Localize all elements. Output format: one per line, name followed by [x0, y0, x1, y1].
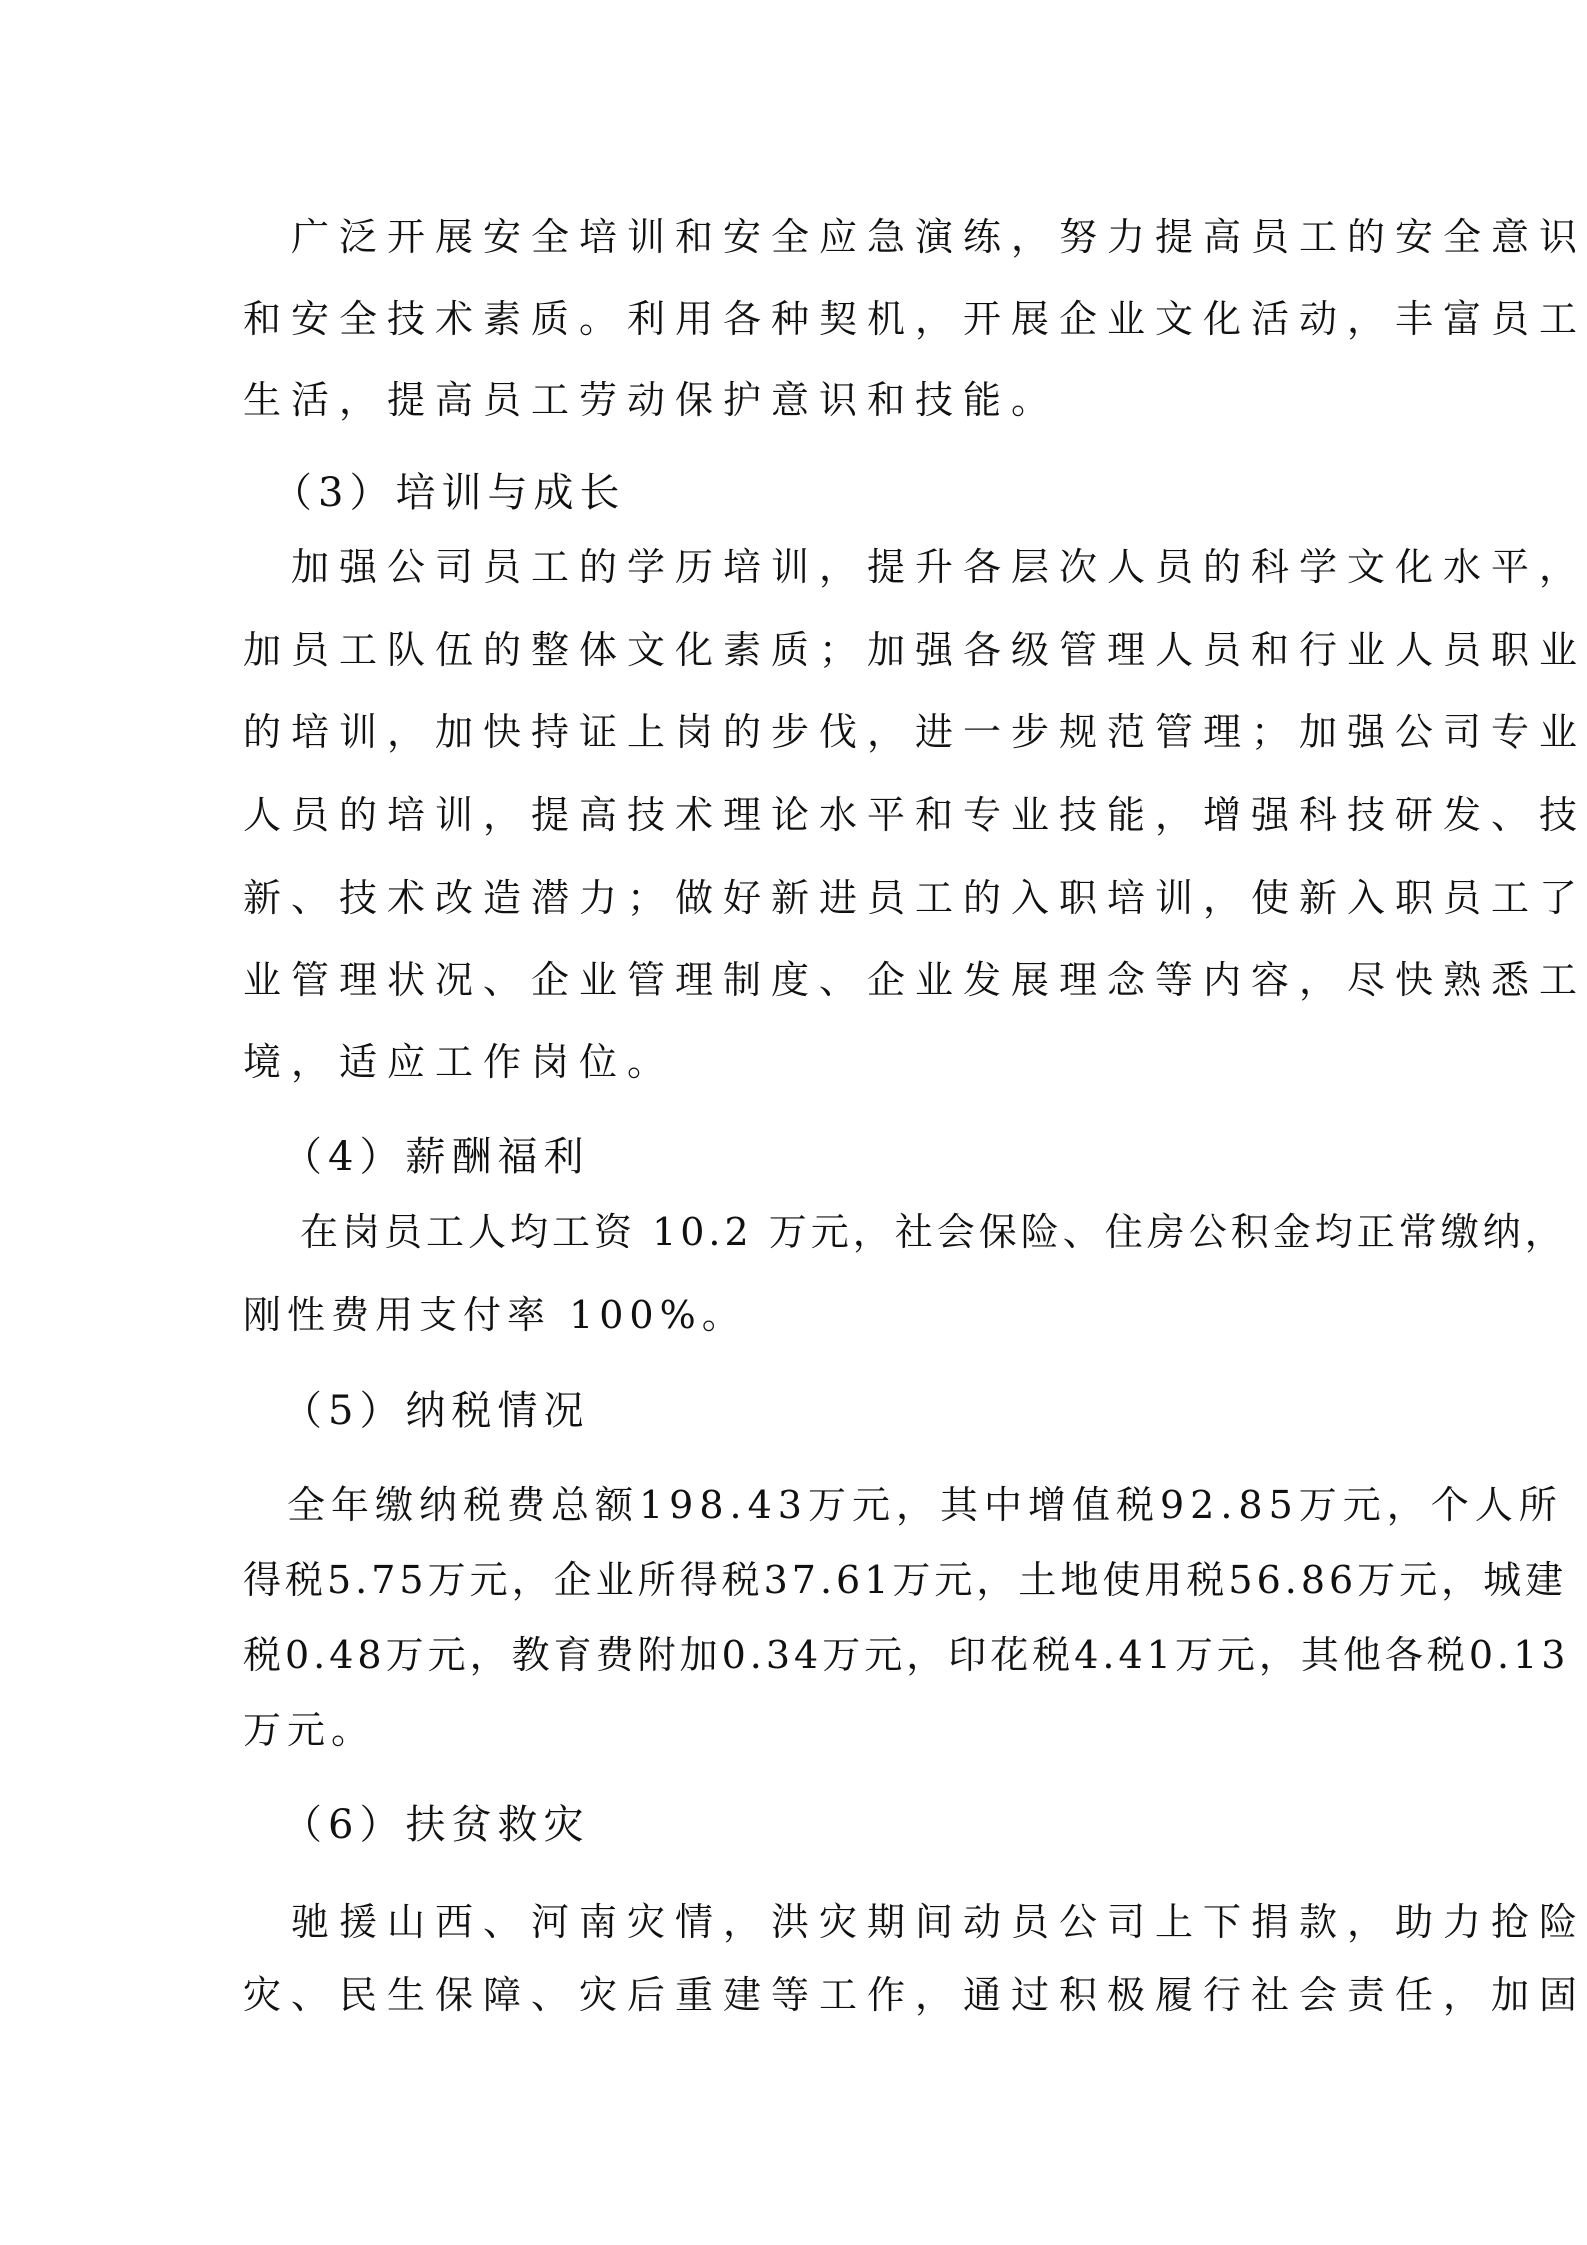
text-line: 刚性费用支付率 100%。 — [243, 1285, 1347, 1345]
text-line: 驰援山西、河南灾情，洪灾期间动员公司上下捐款，助力抢险救 — [243, 1892, 1347, 1952]
text-line: 加强公司员工的学历培训，提升各层次人员的科学文化水平，增 — [243, 537, 1347, 597]
text-line: 税0.48万元，教育费附加0.34万元，印花税4.41万元，其他各税0.13 — [243, 1625, 1347, 1685]
section-6-heading: （6）扶贫救灾 — [282, 1795, 589, 1855]
section-3-heading: （3）培训与成长 — [272, 463, 625, 523]
text-line: 新、技术改造潜力；做好新进员工的入职培训，使新入职员工了解企 — [243, 868, 1347, 928]
document-page: 广泛开展安全培训和安全应急演练，努力提高员工的安全意识 和安全技术素质。利用各种… — [0, 0, 1587, 2245]
text-line: 全年缴纳税费总额198.43万元，其中增值税92.85万元，个人所 — [243, 1475, 1347, 1535]
text-line: 万元。 — [243, 1700, 1347, 1760]
text-line: 加员工队伍的整体文化素质；加强各级管理人员和行业人员职业资格 — [243, 620, 1347, 680]
text-line: 广泛开展安全培训和安全应急演练，努力提高员工的安全意识 — [243, 207, 1347, 267]
text-line: 灾、民生保障、灾后重建等工作，通过积极履行社会责任，加固了企 — [243, 1965, 1347, 2025]
text-line: 的培训，加快持证上岗的步伐，进一步规范管理；加强公司专业技术 — [243, 702, 1347, 762]
text-line: 生活，提高员工劳动保护意识和技能。 — [243, 370, 1347, 430]
text-line: 境，适应工作岗位。 — [243, 1032, 1347, 1092]
text-line: 和安全技术素质。利用各种契机，开展企业文化活动，丰富员工业余 — [243, 289, 1347, 349]
section-5-heading: （5）纳税情况 — [282, 1381, 589, 1441]
text-line: 在岗员工人均工资 10.2 万元，社会保险、住房公积金均正常缴纳， — [300, 1202, 1355, 1262]
section-4-heading: （4）薪酬福利 — [282, 1127, 589, 1187]
text-line: 得税5.75万元，企业所得税37.61万元，土地使用税56.86万元，城建 — [243, 1550, 1347, 1610]
text-line: 业管理状况、企业管理制度、企业发展理念等内容，尽快熟悉工作环 — [243, 950, 1347, 1010]
text-line: 人员的培训，提高技术理论水平和专业技能，增强科技研发、技术创 — [243, 785, 1347, 845]
